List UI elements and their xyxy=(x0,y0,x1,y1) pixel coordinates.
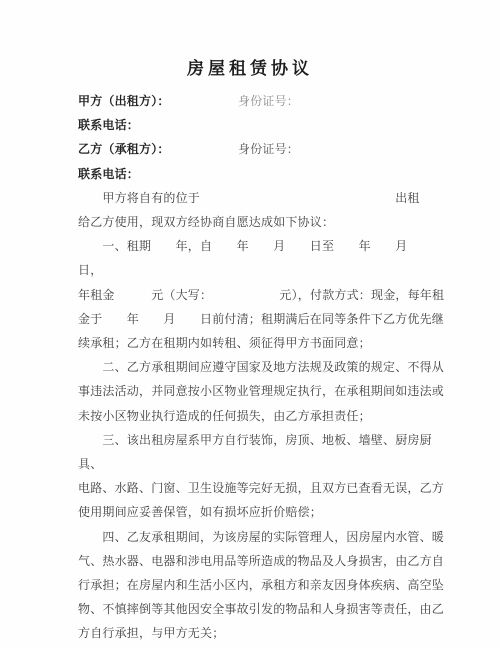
party-b-row: 乙方（承租方）： 身份证号： xyxy=(78,137,454,161)
party-b-phone-row: 联系电话： xyxy=(78,162,454,186)
party-b-label: 乙方（承租方）： xyxy=(78,142,170,156)
paragraph-clause-3: 三、该出租房屋系甲方自行装饰，房顶、地板、墙壁、厨房厨具、 电路、水路、门窗、卫… xyxy=(78,428,454,525)
party-a-row: 甲方（出租方）： 身份证号： xyxy=(78,89,454,113)
party-a-label: 甲方（出租方）： xyxy=(78,94,170,108)
party-a-id-label: 身份证号： xyxy=(238,89,299,113)
party-b-phone-label: 联系电话： xyxy=(78,167,139,181)
party-a-phone-row: 联系电话： xyxy=(78,113,454,137)
paragraph-clause-2: 二、乙方承租期间应遵守国家及地方法规及政策的规定、不得从 事违法活动，并同意按小… xyxy=(78,355,454,428)
party-b-id-label: 身份证号： xyxy=(238,137,299,161)
rental-agreement-page: 房屋租赁协议 甲方（出租方）： 身份证号： 联系电话： 乙方（承租方）： 身份证… xyxy=(0,0,500,648)
document-title: 房屋租赁协议 xyxy=(0,0,500,82)
paragraph-intro: 甲方将自有的位于 出租 给乙方使用，现双方经协商自愿达成如下协议： xyxy=(78,186,454,234)
party-a-phone-label: 联系电话： xyxy=(78,118,139,132)
document-body: 甲方（出租方）： 身份证号： 联系电话： 乙方（承租方）： 身份证号： 联系电话… xyxy=(0,82,500,646)
paragraph-clause-4: 四、乙友承租期间，为该房屋的实际管理人，因房屋内水管、暖 气、热水器、电器和涉电… xyxy=(78,525,454,646)
paragraph-clause-1: 一、租期 年，自 年 月 日至 年 月 日， 年租金 元（大写： 元），付款方式… xyxy=(78,234,454,355)
